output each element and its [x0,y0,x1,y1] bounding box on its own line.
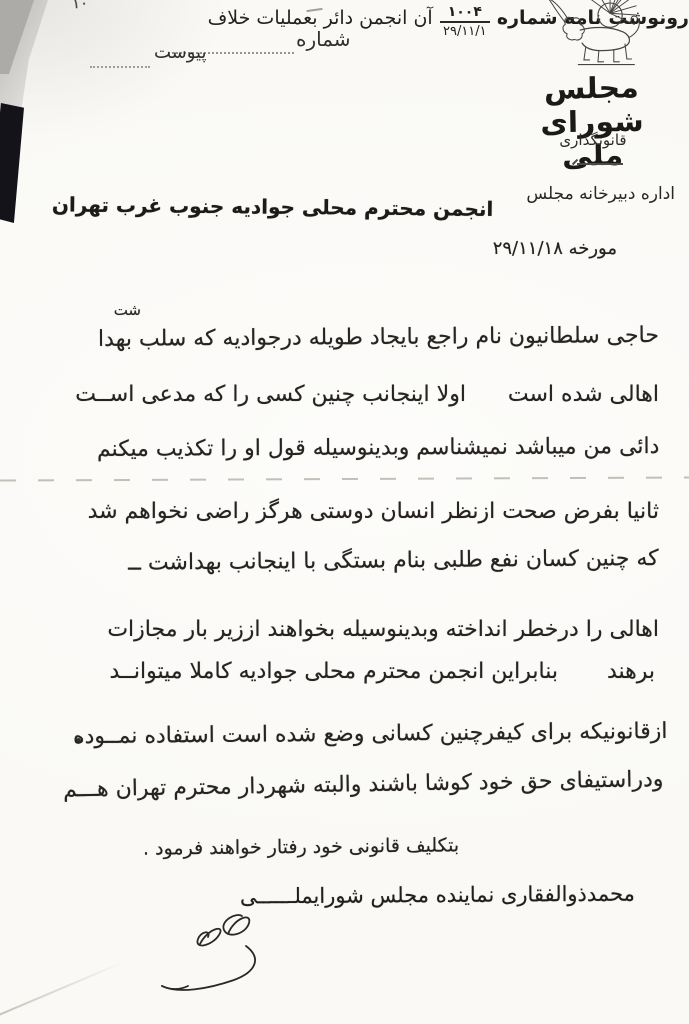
assembly-title: مجلس شورای ملی [516,71,668,174]
body-line-4: ثانیا بفرض صحت ازنظر انسان دوستی هرگز را… [88,498,659,526]
number-label: شماره [296,27,351,51]
reference-number-bottom: ۲۹/۱۱/۱ [443,23,487,39]
scan-edge-artifact [0,103,24,223]
assembly-subtitle: قانونگذاری [543,131,643,149]
reference-number-top: ۱۰۰۴ [440,4,490,23]
body-line-5: که چنین کسان نفع طلبی بنام بستگی با اینج… [128,545,659,577]
body-line-1: حاجی سلطانیون نام راجع بایجاد طویله درجو… [98,322,659,353]
signature-scribble [148,906,284,1002]
date-line: مورخه ۲۹/۱۱/۱۸ [493,238,617,261]
body-line-9: ودراستیفای حق خود کوشا باشند والبته شهرد… [62,766,663,804]
paper-fold-crease [0,476,689,481]
body-line-7: برهند بنابراین انجمن محترم محلی جوادیه ک… [109,658,655,686]
reference-number: ۱۰۰۴ ۲۹/۱۱/۱ [440,4,490,39]
attachment-dotted-line [90,52,150,68]
paper-corner-crease [0,961,125,1018]
body-line-6: اهالی را درخطر انداخته وبدینوسیله بخواهن… [107,616,659,644]
body-line-8: ازقانونیکه برای کیفرچنین کسانی وضع شده ا… [73,718,668,751]
body-line-10: بتکلیف قانونی خود رفتار خواهند فرمود . [143,834,459,861]
body-line-3: دائی من میباشد نمیشناسم وبدینوسیله قول ا… [97,433,660,463]
recipient-line: انجمن محترم محلی جوادیه جنوب غرب تهران [51,192,493,222]
catchword: شت [114,301,141,320]
scanned-letter-page: ۱۰ شماره پیوست مجلس شورای ملی قانونگذاری… [0,0,689,1024]
cropped-top-handwriting: ۱۰ [72,0,89,13]
letterhead-divider [577,163,623,165]
department-line: اداره دبیرخانه مجلس [526,184,675,204]
lion-and-sun-emblem [541,0,653,72]
body-line-2: اهالی شده است اولا اینجانب چنین کسی را ک… [75,381,659,409]
signature-name-line: محمدذوالفقاری نماینده مجلس شورایملــــــ… [240,881,635,910]
attachment-label: پیوست [154,42,207,63]
